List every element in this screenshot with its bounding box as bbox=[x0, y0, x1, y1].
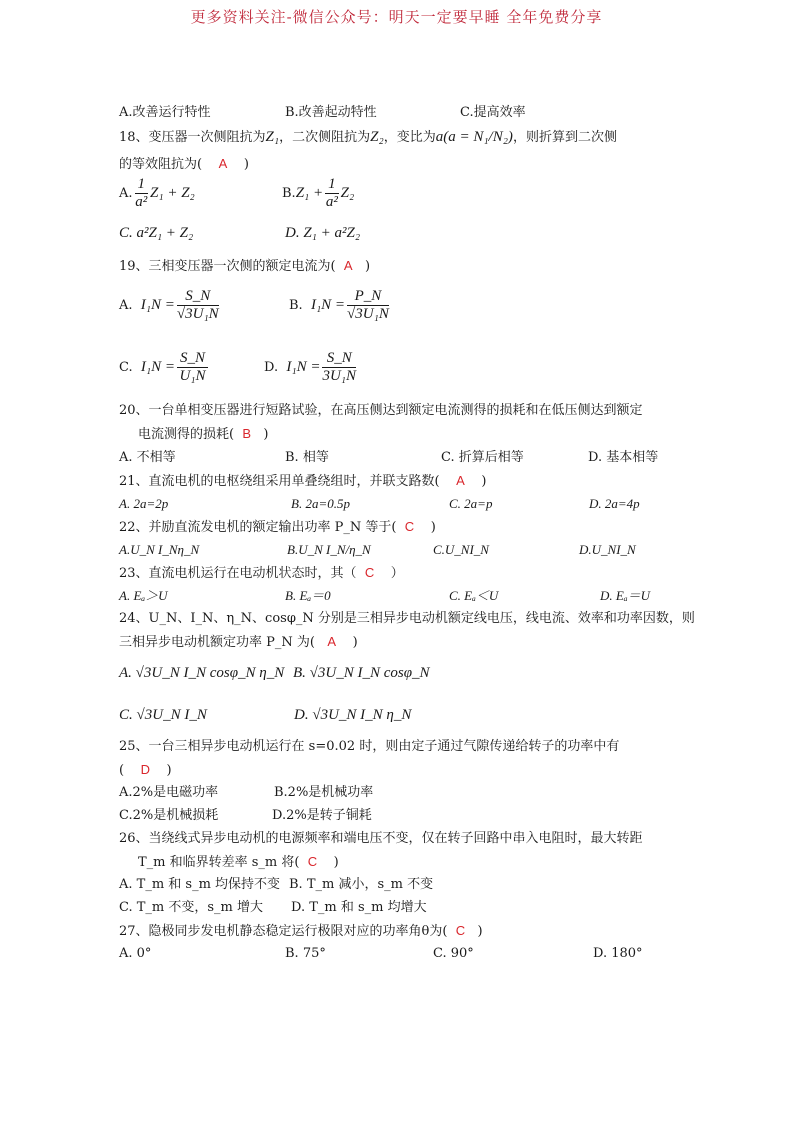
q27-stem: 27、隐极同步发电机静态稳定运行极限对应的功率角θ为( C ) bbox=[119, 922, 483, 941]
fraction: S_N3U₁N bbox=[322, 350, 356, 385]
q25-option-d: D.2%是转子铜耗 bbox=[272, 807, 372, 825]
q20-text: 电流测得的损耗( bbox=[138, 427, 234, 442]
q23-stem: 23、直流电机运行在电动机状态时，其（ C ） bbox=[119, 564, 404, 583]
q26-option-c: C. T_m 不变，s_m 增大 bbox=[119, 900, 263, 915]
q18-option-c: C. a²Z₁ + Z₂ bbox=[119, 224, 193, 242]
numerator: S_N bbox=[322, 350, 356, 368]
numerator: S_N bbox=[177, 288, 219, 306]
q21-stem: 21、直流电机的电枢绕组采用单叠绕组时，并联支路数( A ) bbox=[119, 472, 486, 491]
q26-option-a: A. T_m 和 s_m 均保持不变 bbox=[119, 877, 280, 892]
lhs: I₁N = bbox=[141, 359, 175, 375]
q27-option-d: D. 180° bbox=[593, 945, 643, 963]
q26-answer: C bbox=[308, 854, 317, 869]
q18-ratio: a(a = N₁/N₂) bbox=[436, 129, 513, 145]
q19-text: 19、三相变压器一次侧的额定电流为( bbox=[119, 259, 336, 274]
denominator: U₁N bbox=[177, 368, 208, 385]
q24-stem-line2: 三相异步电动机额定功率 P_N 为( A ) bbox=[119, 633, 358, 652]
denominator: a² bbox=[325, 194, 339, 211]
q24-answer: A bbox=[327, 634, 336, 649]
option-label: C. bbox=[119, 360, 133, 375]
option-label: B. bbox=[282, 186, 296, 201]
q19-option-c: C. I₁N =S_NU₁N bbox=[119, 350, 210, 385]
q27-text: 27、隐极同步发电机静态稳定运行极限对应的功率角θ为( bbox=[119, 924, 447, 939]
q23-option-a: A. Eₐ＞U bbox=[119, 588, 168, 603]
q24-option-b: B. √3U_N I_N cosφ_N bbox=[293, 664, 430, 682]
q25-close: ) bbox=[167, 763, 172, 778]
q18-stem-line1: 18、变压器一次侧阻抗为Z₁，二次侧阻抗为Z₂，变比为a(a = N₁/N₂)，… bbox=[119, 128, 617, 147]
q18-z2: Z₂ bbox=[370, 129, 384, 145]
numerator: P_N bbox=[347, 288, 389, 306]
q24-stem-line1: 24、U_N、I_N、η_N、cosφ_N 分别是三相异步电动机额定线电压，线电… bbox=[119, 610, 695, 628]
q22-option-b: B.U_N I_N/η_N bbox=[287, 541, 371, 559]
q21-close: ) bbox=[481, 474, 486, 489]
q24-text: 三相异步电动机额定功率 P_N 为( bbox=[119, 635, 315, 650]
q21-answer: A bbox=[456, 473, 465, 488]
q22-text: 22、并励直流发电机的额定输出功率 P_N 等于( bbox=[119, 520, 397, 535]
q25-open: ( bbox=[119, 763, 124, 778]
option-label: B. bbox=[289, 298, 303, 313]
q18-text: 18、变压器一次侧阻抗为 bbox=[119, 130, 266, 145]
q20-option-b: B. 相等 bbox=[285, 449, 329, 467]
q19-option-b: B. I₁N =P_N√3U₁N bbox=[289, 288, 391, 323]
q26-options-row1: A. T_m 和 s_m 均保持不变 B. T_m 减小，s_m 不变 bbox=[119, 876, 280, 894]
fraction: 1a² bbox=[325, 176, 339, 211]
q25-option-a: A.2%是电磁功率 bbox=[119, 785, 218, 800]
q26-close: ) bbox=[334, 855, 339, 870]
q18-text: ，变比为 bbox=[384, 130, 436, 145]
fraction: S_NU₁N bbox=[177, 350, 208, 385]
q22-options: A.U_N I_Nη_N B.U_N I_N/η_N C.U_NI_N D.U_… bbox=[119, 541, 199, 559]
expression: Z₂ bbox=[341, 185, 355, 201]
q23-option-b: B. Eₐ＝0 bbox=[285, 587, 331, 605]
q21-options: A. 2a=2p B. 2a=0.5p C. 2a=p D. 2a=4p bbox=[119, 495, 168, 513]
q25-stem-line2: ( D ) bbox=[119, 761, 172, 780]
fraction: S_N√3U₁N bbox=[177, 288, 219, 323]
denominator: √3U₁N bbox=[347, 306, 389, 323]
q21-option-b: B. 2a=0.5p bbox=[291, 495, 350, 513]
q27-option-a: A. 0° bbox=[119, 946, 151, 961]
q27-options: A. 0° B. 75° C. 90° D. 180° bbox=[119, 945, 151, 963]
q17-options: A.改善运行特性 B.改善起动特性 C.提高效率 bbox=[119, 104, 211, 122]
q21-text: 21、直流电机的电枢绕组采用单叠绕组时，并联支路数( bbox=[119, 474, 440, 489]
q26-text: T_m 和临界转差率 s_m 将( bbox=[138, 855, 299, 870]
q24-option-d: D. √3U_N I_N η_N bbox=[294, 706, 411, 724]
q24-option-c: C. √3U_N I_N bbox=[119, 706, 207, 724]
q17-option-a: A.改善运行特性 bbox=[119, 105, 211, 120]
q18-answer: A bbox=[219, 156, 228, 171]
q26-stem-line2: T_m 和临界转差率 s_m 将( C ) bbox=[138, 853, 339, 872]
numerator: 1 bbox=[135, 176, 149, 194]
expression: Z₁ + bbox=[296, 185, 323, 201]
q23-options: A. Eₐ＞U B. Eₐ＝0 C. Eₐ＜U D. Eₐ＝U bbox=[119, 587, 168, 605]
q18-option-d: D. Z₁ + a²Z₂ bbox=[285, 224, 360, 242]
q19-option-d: D. I₁N =S_N3U₁N bbox=[264, 350, 358, 385]
q23-close: ） bbox=[391, 566, 404, 581]
option-label: A. bbox=[119, 298, 133, 313]
q18-option-b: B.Z₁ +1a²Z₂ bbox=[282, 176, 354, 211]
q25-option-c: C.2%是机械损耗 bbox=[119, 808, 218, 823]
q22-option-d: D.U_NI_N bbox=[579, 541, 636, 559]
q20-answer: B bbox=[242, 426, 251, 441]
q18-stem-line2: 的等效阻抗为( A ) bbox=[119, 155, 249, 174]
q23-text: 23、直流电机运行在电动机状态时，其（ bbox=[119, 566, 357, 581]
q26-stem-line1: 26、当绕线式异步电动机的电源频率和端电压不变，仅在转子回路中串入电阻时，最大转… bbox=[119, 830, 643, 848]
q19-close: ) bbox=[365, 259, 370, 274]
q18-close: ) bbox=[244, 157, 249, 172]
q23-option-d: D. Eₐ＝U bbox=[600, 587, 650, 605]
q19-answer: A bbox=[344, 258, 353, 273]
q21-option-c: C. 2a=p bbox=[449, 495, 492, 513]
q26-options-row2: C. T_m 不变，s_m 增大 D. T_m 和 s_m 均增大 bbox=[119, 899, 263, 917]
q20-option-d: D. 基本相等 bbox=[588, 449, 658, 467]
fraction: 1a² bbox=[135, 176, 149, 211]
q21-option-a: A. 2a=2p bbox=[119, 496, 168, 511]
q18-text: ，则折算到二次侧 bbox=[513, 130, 617, 145]
q19-option-a: A. I₁N =S_N√3U₁N bbox=[119, 288, 221, 323]
q20-stem-line1: 20、一台单相变压器进行短路试验，在高压侧达到额定电流测得的损耗和在低压侧达到额… bbox=[119, 402, 643, 420]
q19-stem: 19、三相变压器一次侧的额定电流为( A ) bbox=[119, 257, 370, 276]
option-label: D. bbox=[264, 360, 278, 375]
q18-z1: Z₁ bbox=[266, 129, 280, 145]
numerator: S_N bbox=[177, 350, 208, 368]
q20-options: A. 不相等 B. 相等 C. 折算后相等 D. 基本相等 bbox=[119, 449, 176, 467]
q27-answer: C bbox=[456, 923, 465, 938]
q17-option-b: B.改善起动特性 bbox=[285, 104, 377, 122]
q20-option-c: C. 折算后相等 bbox=[441, 449, 524, 467]
q22-answer: C bbox=[405, 519, 414, 534]
q22-option-c: C.U_NI_N bbox=[433, 541, 489, 559]
q22-stem: 22、并励直流发电机的额定输出功率 P_N 等于( C ) bbox=[119, 518, 436, 537]
option-label: A. bbox=[119, 186, 133, 201]
q27-close: ) bbox=[478, 924, 483, 939]
lhs: I₁N = bbox=[286, 359, 320, 375]
denominator: a² bbox=[135, 194, 149, 211]
q20-close: ) bbox=[263, 427, 268, 442]
denominator: √3U₁N bbox=[177, 306, 219, 323]
q25-option-b: B.2%是机械功率 bbox=[274, 784, 373, 802]
q17-option-c: C.提高效率 bbox=[460, 104, 526, 122]
q24-option-a: A. √3U_N I_N cosφ_N η_N bbox=[119, 664, 284, 682]
expression: Z₁ + Z₂ bbox=[150, 185, 195, 201]
q25-options-row1: A.2%是电磁功率 B.2%是机械功率 bbox=[119, 784, 218, 802]
lhs: I₁N = bbox=[141, 297, 175, 313]
fraction: P_N√3U₁N bbox=[347, 288, 389, 323]
q25-options-row2: C.2%是机械损耗 D.2%是转子铜耗 bbox=[119, 807, 218, 825]
q18-text: 的等效阻抗为( bbox=[119, 157, 202, 172]
q27-option-b: B. 75° bbox=[285, 945, 326, 963]
q23-answer: C bbox=[365, 565, 374, 580]
numerator: 1 bbox=[325, 176, 339, 194]
promo-banner: 更多资料关注-微信公众号：明天一定要早睡 全年免费分享 bbox=[0, 6, 793, 27]
q26-option-d: D. T_m 和 s_m 均增大 bbox=[291, 899, 427, 917]
q20-stem-line2: 电流测得的损耗( B ) bbox=[138, 425, 269, 444]
q18-text: ，二次侧阻抗为 bbox=[279, 130, 370, 145]
lhs: I₁N = bbox=[311, 297, 345, 313]
q27-option-c: C. 90° bbox=[433, 945, 474, 963]
q25-stem-line1: 25、一台三相异步电动机运行在 s=0.02 时，则由定子通过气隙传递给转子的功… bbox=[119, 738, 619, 756]
q20-option-a: A. 不相等 bbox=[119, 450, 176, 465]
q26-option-b: B. T_m 减小，s_m 不变 bbox=[289, 876, 433, 894]
q21-option-d: D. 2a=4p bbox=[589, 495, 640, 513]
denominator: 3U₁N bbox=[322, 368, 356, 385]
q22-option-a: A.U_N I_Nη_N bbox=[119, 542, 199, 557]
q22-close: ) bbox=[431, 520, 436, 535]
q23-option-c: C. Eₐ＜U bbox=[449, 587, 498, 605]
q25-answer: D bbox=[141, 762, 150, 777]
q18-option-a: A.1a²Z₁ + Z₂ bbox=[119, 176, 195, 211]
q24-close: ) bbox=[353, 635, 358, 650]
